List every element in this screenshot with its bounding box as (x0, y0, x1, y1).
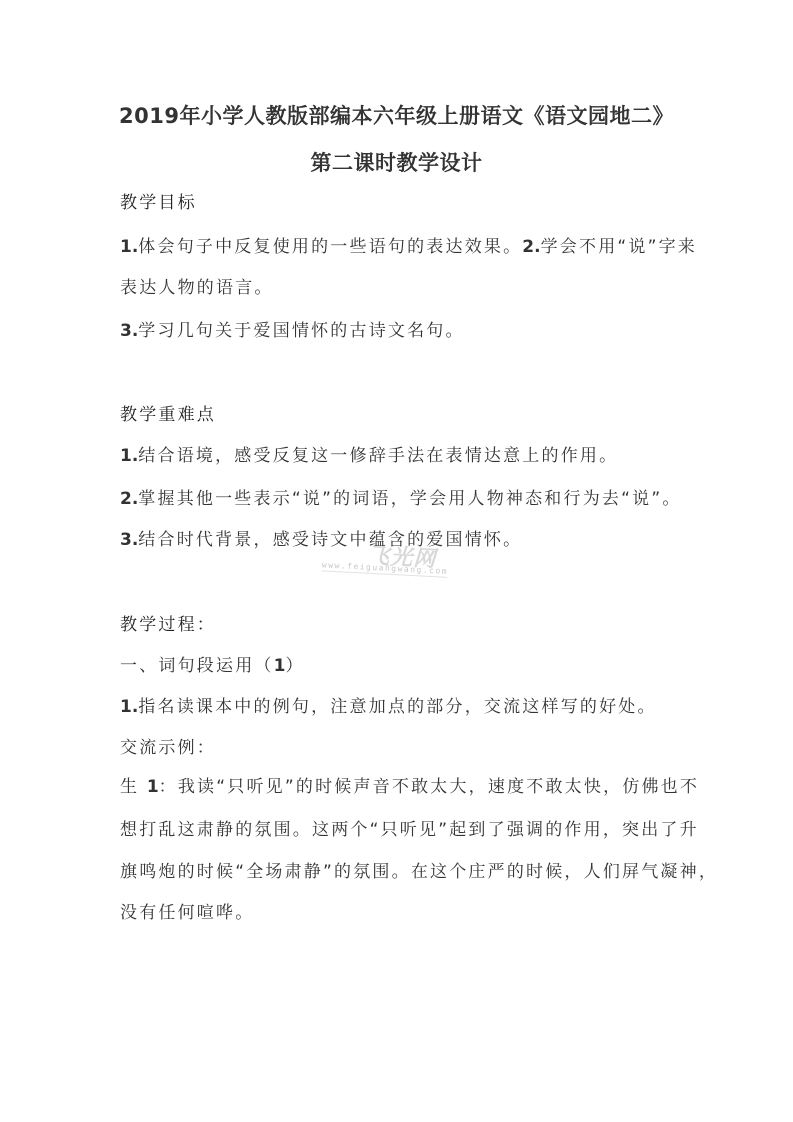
example-label: 交流示例： (120, 733, 216, 758)
document-title-line1: 2019年小学人教版部编本六年级上册语文《语文园地二》 (0, 100, 793, 130)
process-step-1: 1.指名读课本中的例句，注意加点的部分，交流这样写的好处。 (120, 692, 657, 717)
subheading-number: 1 (274, 656, 286, 676)
key-point-item: 2.掌握其他一些表示“说”的词语，学会用人物神态和行为去“说”。 (120, 484, 682, 509)
key-points-heading: 教学重难点 (120, 400, 216, 425)
objective-line-2: 表达人物的语言。 (120, 273, 274, 298)
student-answer-line-1: 生 1：我读“只听见”的时候声音不敢太大，速度不敢太快，仿佛也不 (120, 772, 699, 797)
process-subheading: 一、词句段运用（1） (120, 651, 305, 676)
subheading-suffix: ） (285, 656, 304, 676)
objectives-heading: 教学目标 (120, 188, 197, 213)
student-answer-line-3: 旗鸣炮的时候“全场肃静”的氛围。在这个庄严的时候，人们屏气凝神， (120, 857, 718, 882)
item-number: 1. (120, 237, 138, 257)
key-point-text: 掌握其他一些表示“说”的词语，学会用人物神态和行为去“说”。 (138, 489, 681, 509)
process-heading: 教学过程： (120, 610, 216, 635)
watermark: 飞光网 www.feiguangwang.com (321, 536, 463, 593)
subheading-text: 一、词句段运用（ (120, 656, 274, 676)
student-answer-text: ：我读“只听见”的时候声音不敢太大，速度不敢太快，仿佛也不 (159, 777, 699, 797)
student-answer-line-2: 想打乱这肃静的氛围。这两个“只听见”起到了强调的作用，突出了升 (120, 815, 699, 840)
item-number: 2. (120, 489, 138, 509)
key-point-item: 1.结合语境，感受反复这一修辞手法在表情达意上的作用。 (120, 441, 618, 466)
objective-line-1: 1.体会句子中反复使用的一些语句的表达效果。2.学会不用“说”字来 (120, 232, 697, 257)
document-title-line2: 第二课时教学设计 (0, 147, 793, 177)
key-point-text: 结合语境，感受反复这一修辞手法在表情达意上的作用。 (138, 446, 618, 466)
objective-text: 学习几句关于爱国情怀的古诗文名句。 (138, 321, 464, 341)
objective-text: 体会句子中反复使用的一些语句的表达效果。 (138, 237, 522, 257)
item-number: 1. (120, 697, 138, 717)
item-number: 3. (120, 321, 138, 341)
item-number: 1. (120, 446, 138, 466)
student-number: 1 (147, 777, 159, 797)
student-answer-line-4: 没有任何喧哗。 (120, 898, 254, 923)
student-label: 生 (120, 777, 147, 797)
item-number: 3. (120, 530, 138, 550)
item-number: 2. (522, 237, 540, 257)
objective-line-3: 3.学习几句关于爱国情怀的古诗文名句。 (120, 316, 465, 341)
objective-text: 学会不用“说”字来 (541, 237, 697, 257)
step-text: 指名读课本中的例句，注意加点的部分，交流这样写的好处。 (138, 697, 656, 717)
